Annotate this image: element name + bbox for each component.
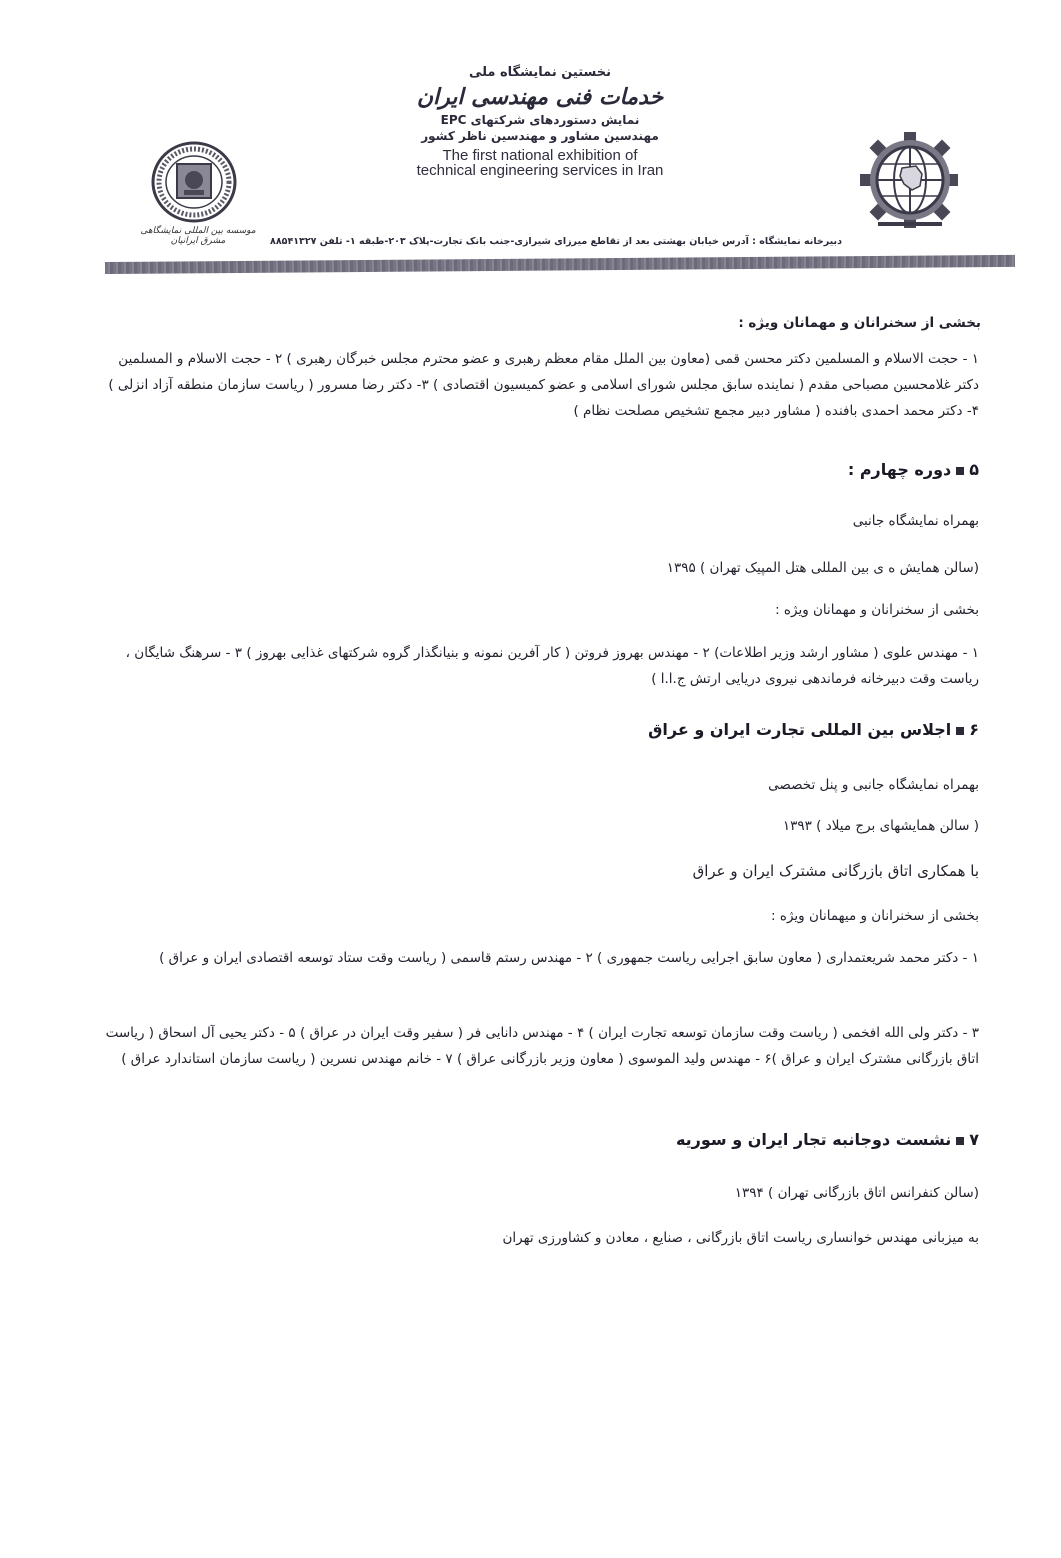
header-divider [105,255,1015,274]
letterhead-english-2: technical engineering services in Iran [380,163,700,178]
section-title: نشست دوجانبه تجار ایران و سوریه [676,1130,951,1149]
section-5-line-2: (سالن همایش ه ی بین المللی هتل المپیک ته… [667,555,979,581]
section-5-paragraph: ۱ - مهندس علوی ( مشاور ارشد وزیر اطلاعات… [99,640,979,692]
square-bullet-icon [956,467,964,475]
letterhead-line-4: مهندسین مشاور و مهندسین ناظر کشور [380,128,700,144]
section-number: ۵ [969,460,979,479]
letterhead-line-3: نمایش دستوردهای شرکتهای EPC [380,112,700,128]
section-title: اجلاس بین المللی تجارت ایران و عراق [648,720,951,739]
speakers-paragraph: ۱ - حجت الاسلام و المسلمین دکتر محسن قمی… [99,346,979,424]
section-heading-7: ۷نشست دوجانبه تجار ایران و سوریه [676,1130,979,1149]
square-bullet-icon [956,727,964,735]
section-6-paragraph-1: ۱ - دکتر محمد شریعتمداری ( معاون سابق اج… [99,945,979,971]
section-title: دوره چهارم : [848,460,951,479]
left-logo-caption: موسسه بین المللی نمایشگاهی مشرق ایرانیان [128,226,268,246]
section-6-line-4: بخشی از سخنرانان و میهمانان ویژه : [771,903,979,929]
section-5-line-3: بخشی از سخنرانان و مهمانان ویژه : [775,597,979,623]
section-heading-6: ۶اجلاس بین المللی تجارت ایران و عراق [648,720,979,739]
letterhead-line-2: خدمات فنی مهندسی ایران [380,82,700,112]
emblem-seal-icon [150,140,238,224]
section-6-line-3: با همکاری اتاق بازرگانی مشترک ایران و عر… [693,858,979,884]
letterhead-address: دبیرخانه نمایشگاه : آدرس خیابان بهشتی بع… [282,236,842,247]
letterhead-english-1: The first national exhibition of [380,148,700,163]
section-6-paragraph-2: ۳ - دکتر ولی الله افخمی ( ریاست وقت سازم… [99,1020,979,1072]
globe-gear-emblem-icon [858,130,962,234]
section-5-line-1: بهمراه نمایشگاه جانبی [853,508,979,534]
section-number: ۶ [969,720,979,739]
letterhead-line-1: نخستین نمایشگاه ملی [380,64,700,82]
section-6-line-1: بهمراه نمایشگاه جانبی و پنل تخصصی [768,772,979,798]
section-heading-5: ۵دوره چهارم : [848,460,979,479]
section-7-line-2: به میزبانی مهندس خوانساری ریاست اتاق باز… [502,1225,979,1251]
letterhead-title-block: نخستین نمایشگاه ملی خدمات فنی مهندسی ایر… [380,64,700,178]
section-6-line-2: ( سالن همایشهای برج میلاد ) ۱۳۹۳ [783,813,979,839]
square-bullet-icon [956,1137,964,1145]
section-7-line-1: (سالن کنفرانس اتاق بازرگانی تهران ) ۱۳۹۴ [735,1180,979,1206]
section-title-speakers: بخشی از سخنرانان و مهمانان ویژه : [738,310,981,336]
section-number: ۷ [969,1130,979,1149]
